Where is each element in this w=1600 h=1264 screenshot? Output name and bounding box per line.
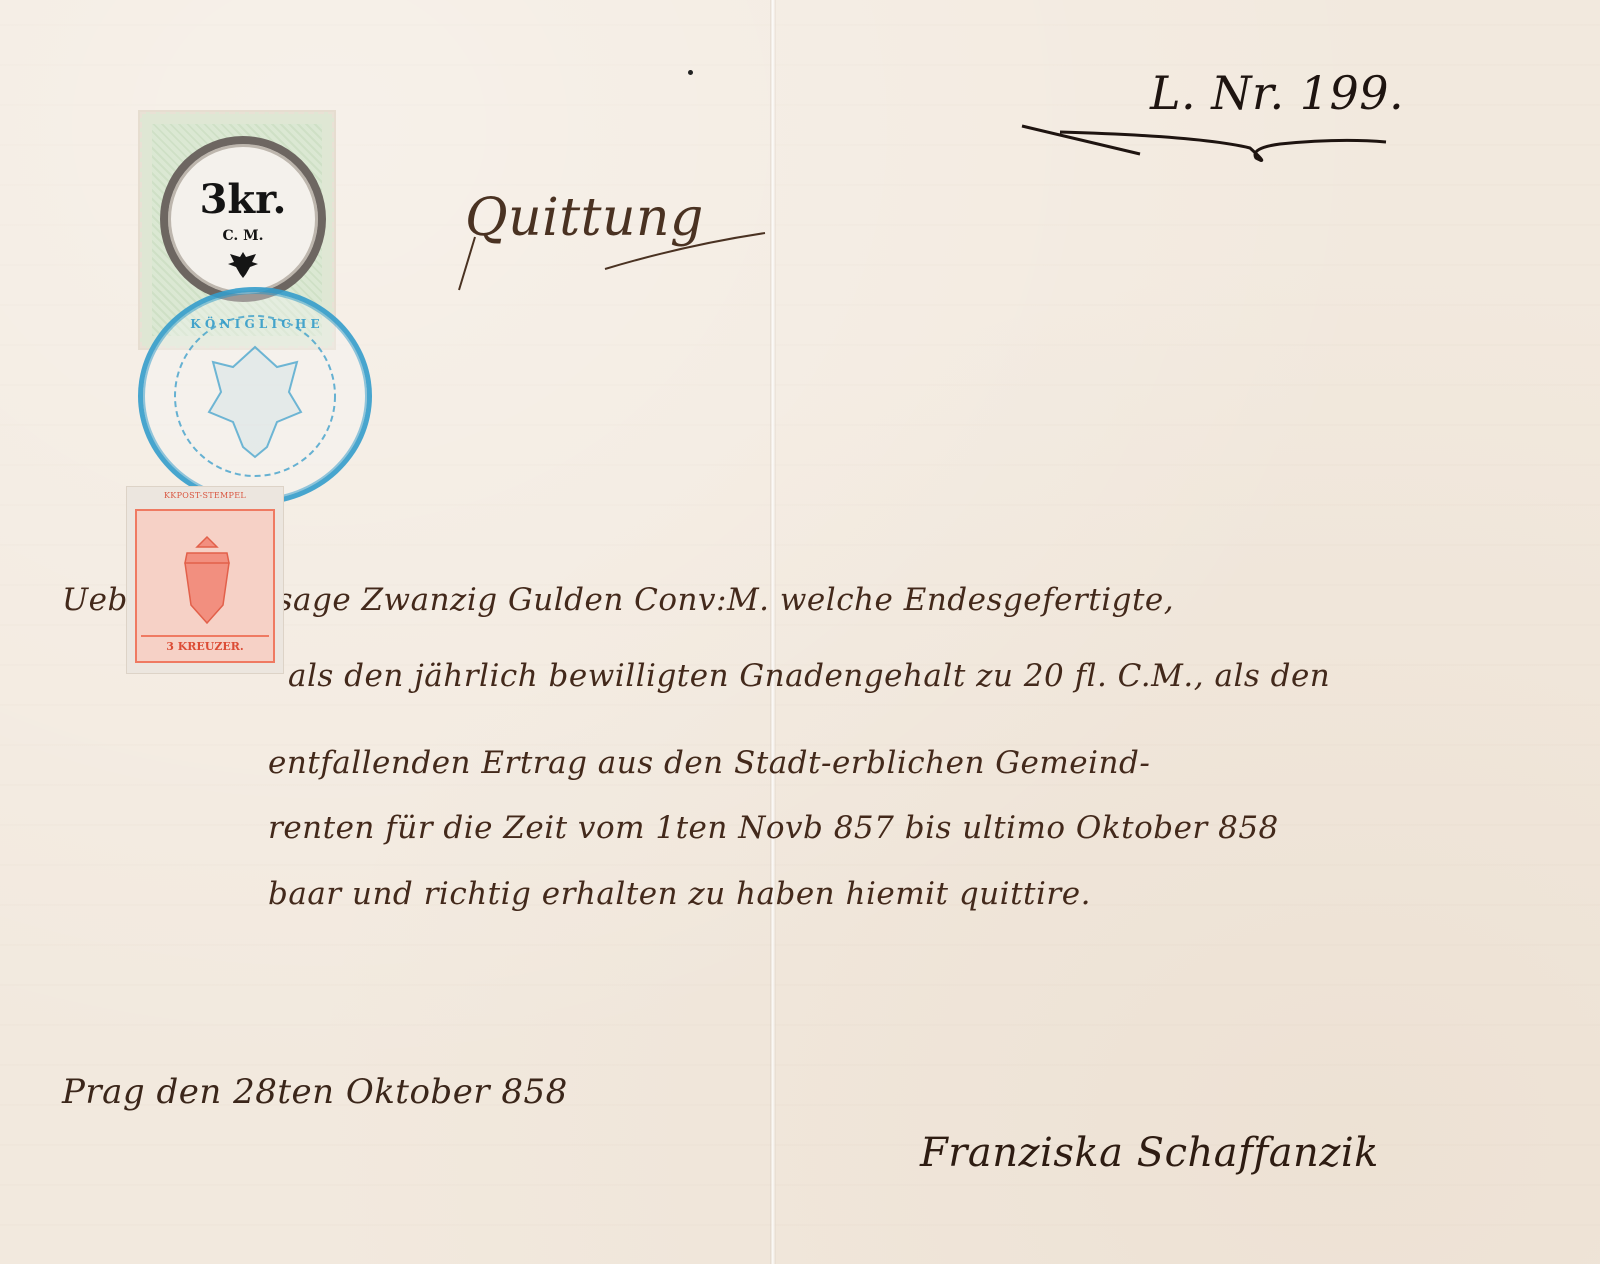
body-line-5: baar und richtig erhalten zu haben hiemi… xyxy=(268,876,1091,912)
document-page: L. Nr. 199. Quittung Ueber 20 fl., sage … xyxy=(0,0,1600,1264)
official-seal: K Ö N I G L I C H E xyxy=(138,287,372,505)
postage-stamp: KKPOST-STEMPEL 3 KREUZER. xyxy=(126,486,284,674)
reference-flourish-icon xyxy=(1020,118,1390,168)
postage-stamp-frame: 3 KREUZER. xyxy=(135,509,275,663)
body-line-2: als den jährlich bewilligten Gnadengehal… xyxy=(288,658,1330,694)
double-eagle-icon xyxy=(226,248,260,278)
body-line-3: entfallenden Ertrag aus den Stadt-erblic… xyxy=(268,745,1150,781)
coat-of-arms-icon: K Ö N I G L I C H E xyxy=(143,292,367,500)
postage-stamp-value: 3 KREUZER. xyxy=(141,635,269,657)
body-line-4: renten für die Zeit vom 1ten Novb 857 bi… xyxy=(268,810,1279,846)
stamp-currency: C. M. xyxy=(168,228,318,244)
title-flourish-icon xyxy=(455,225,775,295)
paper-fold xyxy=(770,0,776,1264)
ink-dot xyxy=(688,70,693,75)
place-date: Prag den 28ten Oktober 858 xyxy=(62,1072,568,1112)
stamp-value: 3kr. xyxy=(168,176,318,223)
postage-stamp-header: KKPOST-STEMPEL xyxy=(127,491,283,500)
stamp-medallion: 3kr. C. M. xyxy=(160,136,326,302)
austrian-arms-icon xyxy=(167,533,247,633)
svg-text:K Ö N I G L I C H E: K Ö N I G L I C H E xyxy=(190,315,319,331)
signature: Franziska Schaffanzik xyxy=(920,1130,1379,1176)
reference-number: L. Nr. 199. xyxy=(1150,66,1404,120)
